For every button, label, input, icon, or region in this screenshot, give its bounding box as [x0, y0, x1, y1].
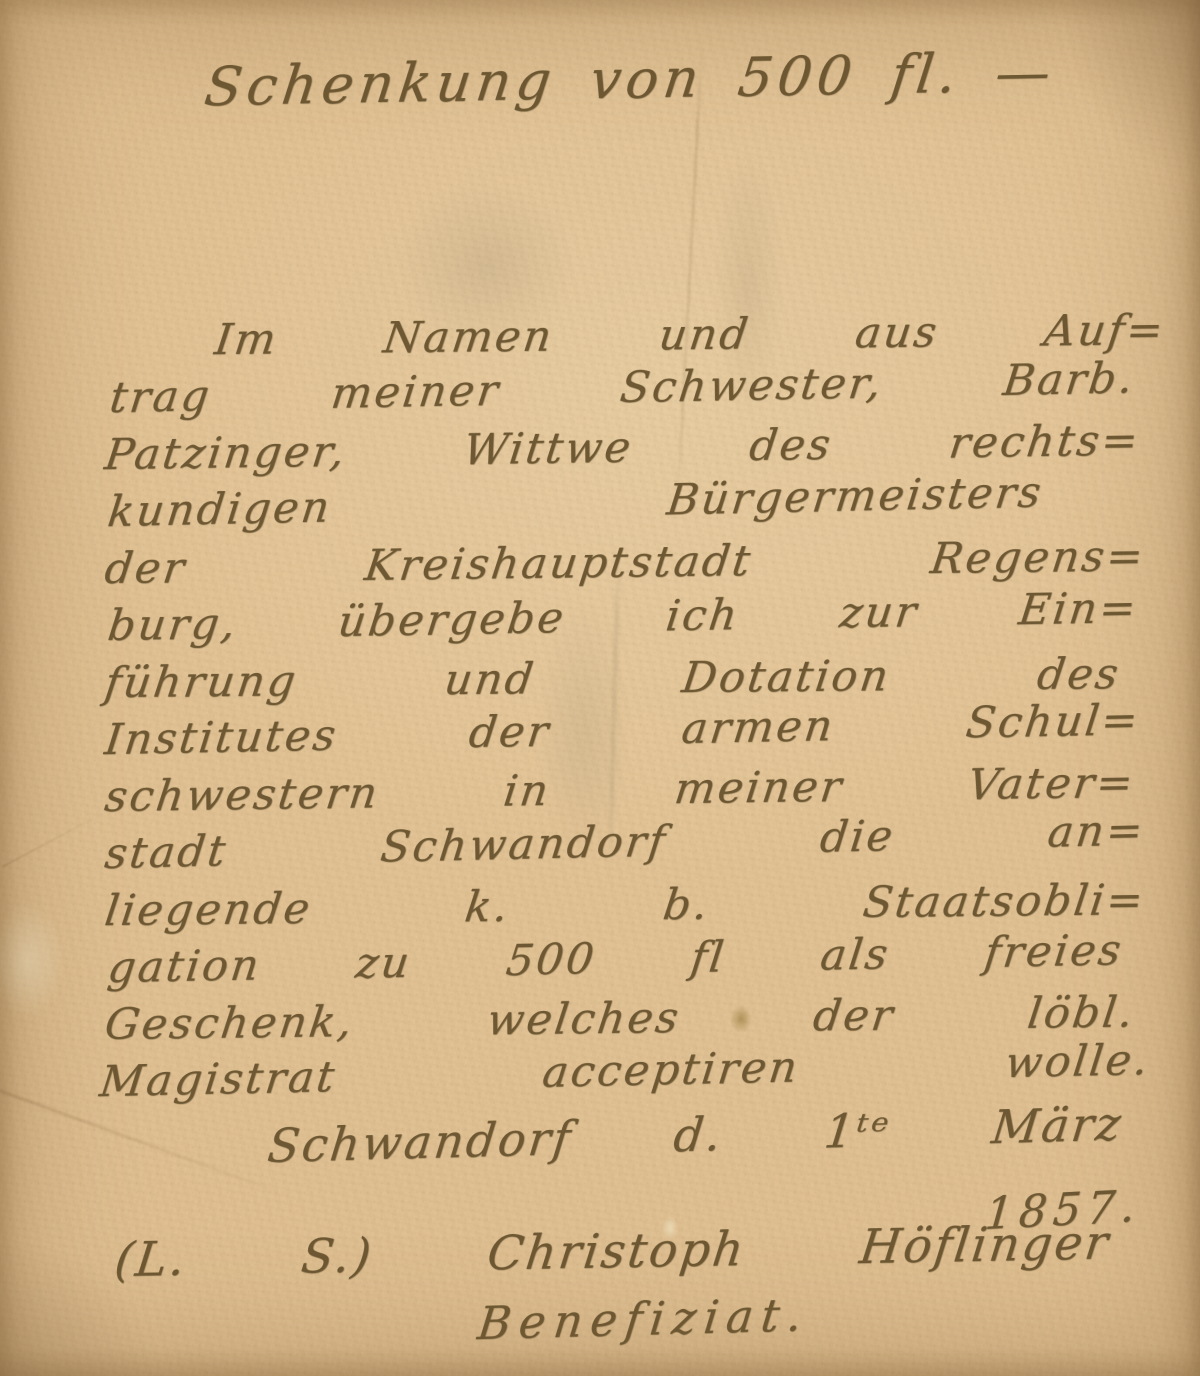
scanned-letter-page: Schenkung von 500 fl. — Im Namen und aus…: [0, 0, 1200, 1376]
corner-shadow-top-right: [1060, 0, 1200, 180]
corner-shadow-bottom-left: [0, 1236, 160, 1376]
edge-vignette: [0, 0, 1200, 1376]
